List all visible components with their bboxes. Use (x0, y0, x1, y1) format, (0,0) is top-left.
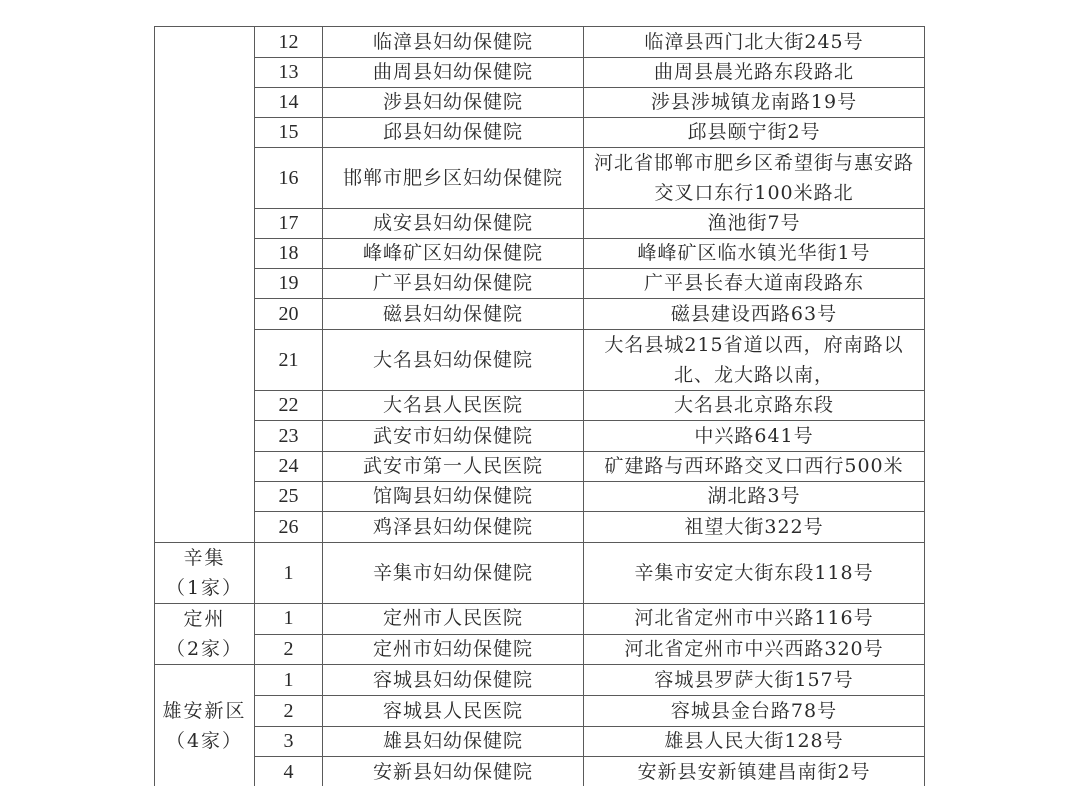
hospital-address: 辛集市安定大街东段118号 (584, 543, 925, 604)
table-row: 25 馆陶县妇幼保健院 湖北路3号 (155, 482, 925, 512)
row-number: 21 (255, 330, 323, 391)
table-row: 17 成安县妇幼保健院 渔池街7号 (155, 209, 925, 239)
hospital-name: 容城县人民医院 (323, 696, 584, 727)
hospital-address: 河北省邯郸市肥乡区希望街与惠安路交叉口东行100米路北 (584, 148, 925, 209)
hospital-address: 大名县城215省道以西，府南路以北、龙大路以南， (584, 330, 925, 391)
row-number: 23 (255, 421, 323, 452)
region-count: （2家） (166, 634, 243, 664)
hospital-address: 河北省定州市中兴西路320号 (584, 634, 925, 665)
hospital-address: 容城县罗萨大街157号 (584, 665, 925, 696)
region-count: （1家） (166, 573, 243, 603)
hospital-name: 武安市妇幼保健院 (323, 421, 584, 452)
hospital-name: 峰峰矿区妇幼保健院 (323, 239, 584, 269)
hospital-address: 邱县颐宁街2号 (584, 118, 925, 148)
region-count: （4家） (162, 726, 246, 756)
hospital-address: 河北省定州市中兴路116号 (584, 604, 925, 635)
region-cell-continued (155, 27, 255, 543)
region-name: 定州 (166, 604, 243, 634)
row-number: 17 (255, 209, 323, 239)
table-row: 23 武安市妇幼保健院 中兴路641号 (155, 421, 925, 452)
region-cell-xinji: 辛集 （1家） (155, 543, 255, 604)
hospital-name: 馆陶县妇幼保健院 (323, 482, 584, 512)
hospital-name: 大名县人民医院 (323, 391, 584, 421)
hospital-name: 大名县妇幼保健院 (323, 330, 584, 391)
table-row: 26 鸡泽县妇幼保健院 祖望大街322号 (155, 512, 925, 543)
hospital-list-document: 12 临漳县妇幼保健院 临漳县西门北大街245号 13 曲周县妇幼保健院 曲周县… (154, 26, 924, 786)
row-number: 3 (255, 727, 323, 757)
region-cell-dingzhou: 定州 （2家） (155, 604, 255, 665)
row-number: 18 (255, 239, 323, 269)
hospital-address: 矿建路与西环路交叉口西行500米 (584, 452, 925, 482)
table-row: 18 峰峰矿区妇幼保健院 峰峰矿区临水镇光华街1号 (155, 239, 925, 269)
hospital-name: 鸡泽县妇幼保健院 (323, 512, 584, 543)
row-number: 20 (255, 299, 323, 330)
hospital-table: 12 临漳县妇幼保健院 临漳县西门北大街245号 13 曲周县妇幼保健院 曲周县… (154, 26, 925, 786)
table-row: 2 定州市妇幼保健院 河北省定州市中兴西路320号 (155, 634, 925, 665)
hospital-address: 容城县金台路78号 (584, 696, 925, 727)
hospital-name: 广平县妇幼保健院 (323, 269, 584, 299)
hospital-address: 祖望大街322号 (584, 512, 925, 543)
hospital-name: 邯郸市肥乡区妇幼保健院 (323, 148, 584, 209)
hospital-name: 定州市人民医院 (323, 604, 584, 635)
table-row: 2 容城县人民医院 容城县金台路78号 (155, 696, 925, 727)
hospital-address: 临漳县西门北大街245号 (584, 27, 925, 58)
hospital-address: 涉县涉城镇龙南路19号 (584, 88, 925, 118)
hospital-name: 武安市第一人民医院 (323, 452, 584, 482)
hospital-address: 湖北路3号 (584, 482, 925, 512)
hospital-address: 雄县人民大街128号 (584, 727, 925, 757)
row-number: 26 (255, 512, 323, 543)
table-row: 20 磁县妇幼保健院 磁县建设西路63号 (155, 299, 925, 330)
row-number: 12 (255, 27, 323, 58)
table-row: 12 临漳县妇幼保健院 临漳县西门北大街245号 (155, 27, 925, 58)
hospital-name: 曲周县妇幼保健院 (323, 58, 584, 88)
row-number: 2 (255, 696, 323, 727)
row-number: 15 (255, 118, 323, 148)
hospital-name: 安新县妇幼保健院 (323, 757, 584, 786)
table-row: 15 邱县妇幼保健院 邱县颐宁街2号 (155, 118, 925, 148)
row-number: 1 (255, 604, 323, 635)
hospital-address: 渔池街7号 (584, 209, 925, 239)
hospital-name: 容城县妇幼保健院 (323, 665, 584, 696)
hospital-name: 涉县妇幼保健院 (323, 88, 584, 118)
row-number: 1 (255, 665, 323, 696)
table-row: 16 邯郸市肥乡区妇幼保健院 河北省邯郸市肥乡区希望街与惠安路交叉口东行100米… (155, 148, 925, 209)
hospital-name: 临漳县妇幼保健院 (323, 27, 584, 58)
hospital-name: 雄县妇幼保健院 (323, 727, 584, 757)
hospital-name: 定州市妇幼保健院 (323, 634, 584, 665)
row-number: 4 (255, 757, 323, 786)
hospital-name: 辛集市妇幼保健院 (323, 543, 584, 604)
table-row: 24 武安市第一人民医院 矿建路与西环路交叉口西行500米 (155, 452, 925, 482)
table-row: 辛集 （1家） 1 辛集市妇幼保健院 辛集市安定大街东段118号 (155, 543, 925, 604)
row-number: 13 (255, 58, 323, 88)
hospital-address: 磁县建设西路63号 (584, 299, 925, 330)
table-row: 21 大名县妇幼保健院 大名县城215省道以西，府南路以北、龙大路以南， (155, 330, 925, 391)
region-name: 辛集 (166, 543, 243, 573)
table-row: 22 大名县人民医院 大名县北京路东段 (155, 391, 925, 421)
table-row: 定州 （2家） 1 定州市人民医院 河北省定州市中兴路116号 (155, 604, 925, 635)
region-name: 雄安新区 (162, 696, 246, 726)
hospital-address: 广平县长春大道南段路东 (584, 269, 925, 299)
row-number: 24 (255, 452, 323, 482)
row-number: 22 (255, 391, 323, 421)
hospital-address: 曲周县晨光路东段路北 (584, 58, 925, 88)
row-number: 16 (255, 148, 323, 209)
row-number: 2 (255, 634, 323, 665)
hospital-address: 峰峰矿区临水镇光华街1号 (584, 239, 925, 269)
table-row: 19 广平县妇幼保健院 广平县长春大道南段路东 (155, 269, 925, 299)
table-row: 雄安新区 （4家） 1 容城县妇幼保健院 容城县罗萨大街157号 (155, 665, 925, 696)
table-row: 14 涉县妇幼保健院 涉县涉城镇龙南路19号 (155, 88, 925, 118)
region-cell-xiongan: 雄安新区 （4家） (155, 665, 255, 786)
row-number: 25 (255, 482, 323, 512)
hospital-name: 磁县妇幼保健院 (323, 299, 584, 330)
hospital-address: 中兴路641号 (584, 421, 925, 452)
hospital-name: 邱县妇幼保健院 (323, 118, 584, 148)
hospital-address: 大名县北京路东段 (584, 391, 925, 421)
hospital-address: 安新县安新镇建昌南街2号 (584, 757, 925, 786)
table-row: 4 安新县妇幼保健院 安新县安新镇建昌南街2号 (155, 757, 925, 786)
table-row: 13 曲周县妇幼保健院 曲周县晨光路东段路北 (155, 58, 925, 88)
row-number: 19 (255, 269, 323, 299)
hospital-name: 成安县妇幼保健院 (323, 209, 584, 239)
row-number: 1 (255, 543, 323, 604)
row-number: 14 (255, 88, 323, 118)
table-row: 3 雄县妇幼保健院 雄县人民大街128号 (155, 727, 925, 757)
